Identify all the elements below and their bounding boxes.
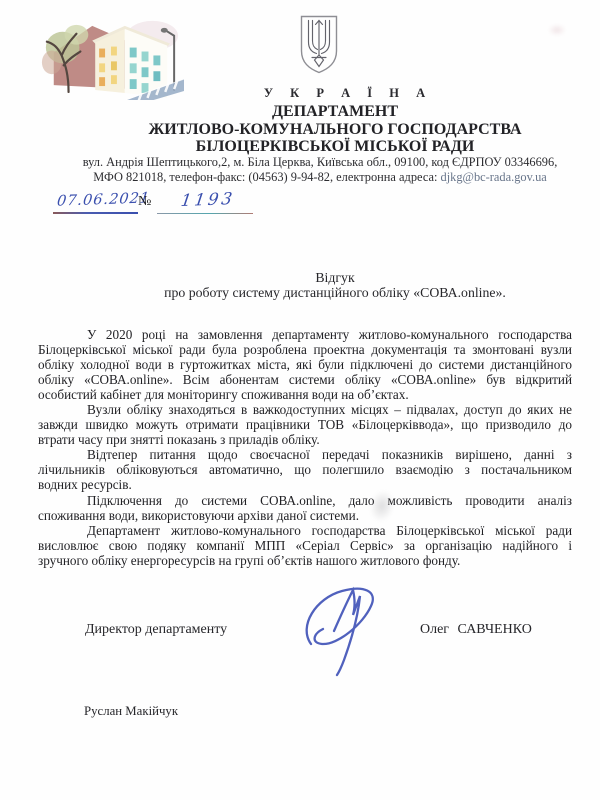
organization-name: ДЕПАРТАМЕНТ ЖИТЛОВО-КОМУНАЛЬНОГО ГОСПОДА… — [45, 103, 600, 156]
date-underline — [53, 212, 138, 214]
org-line-1: ДЕПАРТАМЕНТ — [45, 103, 600, 121]
letter-body: У 2020 році на замовлення департаменту ж… — [38, 327, 572, 568]
signer-name: Олег САВЧЕНКО — [420, 622, 532, 638]
body-text-line: споживання води, використовуючи архіви д… — [38, 508, 572, 523]
body-text-line: втрати часу при знятті показань з прилад… — [38, 432, 572, 447]
body-text-line: Підключення до системи СОВА.online, дало… — [38, 493, 572, 508]
letter-title-line-2: про роботу систему дистанційного обліку … — [45, 286, 600, 301]
scan-smudge — [548, 24, 566, 36]
body-text-line: Білоцерківської міської ради була розроб… — [38, 342, 572, 357]
organization-address: вул. Андрія Шептицького,2, м. Біла Церкв… — [30, 155, 600, 185]
body-text-line: лічильників обліковуються автоматично, щ… — [38, 462, 572, 477]
ukraine-trident-emblem-icon — [298, 14, 340, 75]
signature-scribble — [298, 582, 398, 677]
address-line-2: МФО 821018, телефон-факс: (04563) 9-94-8… — [30, 170, 600, 185]
body-text-line: зручного обліку енергоресурсів на групі … — [38, 553, 572, 568]
body-text-line: Департамент житлово-комунального господа… — [38, 523, 572, 538]
handwritten-outgoing-number: 1193 — [180, 189, 237, 210]
body-text-line: завжди швидко можуть отримати працівники… — [38, 417, 572, 432]
body-text-line: особистий кабінет для моніторингу спожив… — [38, 387, 572, 402]
org-line-2: ЖИТЛОВО-КОМУНАЛЬНОГО ГОСПОДАРСТВА — [45, 121, 600, 139]
signer-position: Директор департаменту — [85, 622, 227, 638]
body-text-line: водних ресурсів. — [38, 477, 572, 492]
body-text-line: обліку «СОВА.online». Всім абонентам сис… — [38, 372, 572, 387]
country-name: У К Р А Ї Н А — [58, 86, 600, 101]
letter-title-line-1: Відгук — [45, 271, 600, 286]
body-text-line: Вузли обліку знаходяться в важкодоступни… — [38, 402, 572, 417]
executor-name: Руслан Макійчук — [84, 704, 178, 719]
body-text-line: У 2020 році на замовлення департаменту ж… — [38, 327, 572, 342]
address-line-1: вул. Андрія Шептицького,2, м. Біла Церкв… — [30, 155, 600, 170]
body-text-line: обліку холодної води в гуртожитках міста… — [38, 357, 572, 372]
number-underline — [157, 213, 253, 215]
letter-title: Відгук про роботу систему дистанційного … — [45, 271, 600, 301]
org-line-3: БІЛОЦЕРКІВСЬКОЇ МІСЬКОЇ РАДИ — [45, 138, 600, 156]
email-address: djkg@bc-rada.gov.ua — [441, 170, 547, 184]
scanned-letter-page: У К Р А Ї Н А ДЕПАРТАМЕНТ ЖИТЛОВО-КОМУНА… — [0, 0, 600, 800]
body-text-line: висловлює свою подяку компанії МПП «Сері… — [38, 538, 572, 553]
body-text-line: Відтепер питання щодо своєчасної передач… — [38, 447, 572, 462]
number-sign: № — [138, 194, 151, 210]
handwritten-date: 07.06.2021 — [56, 190, 151, 209]
address-line-2-label: МФО 821018, телефон-факс: (04563) 9-94-8… — [93, 170, 440, 184]
